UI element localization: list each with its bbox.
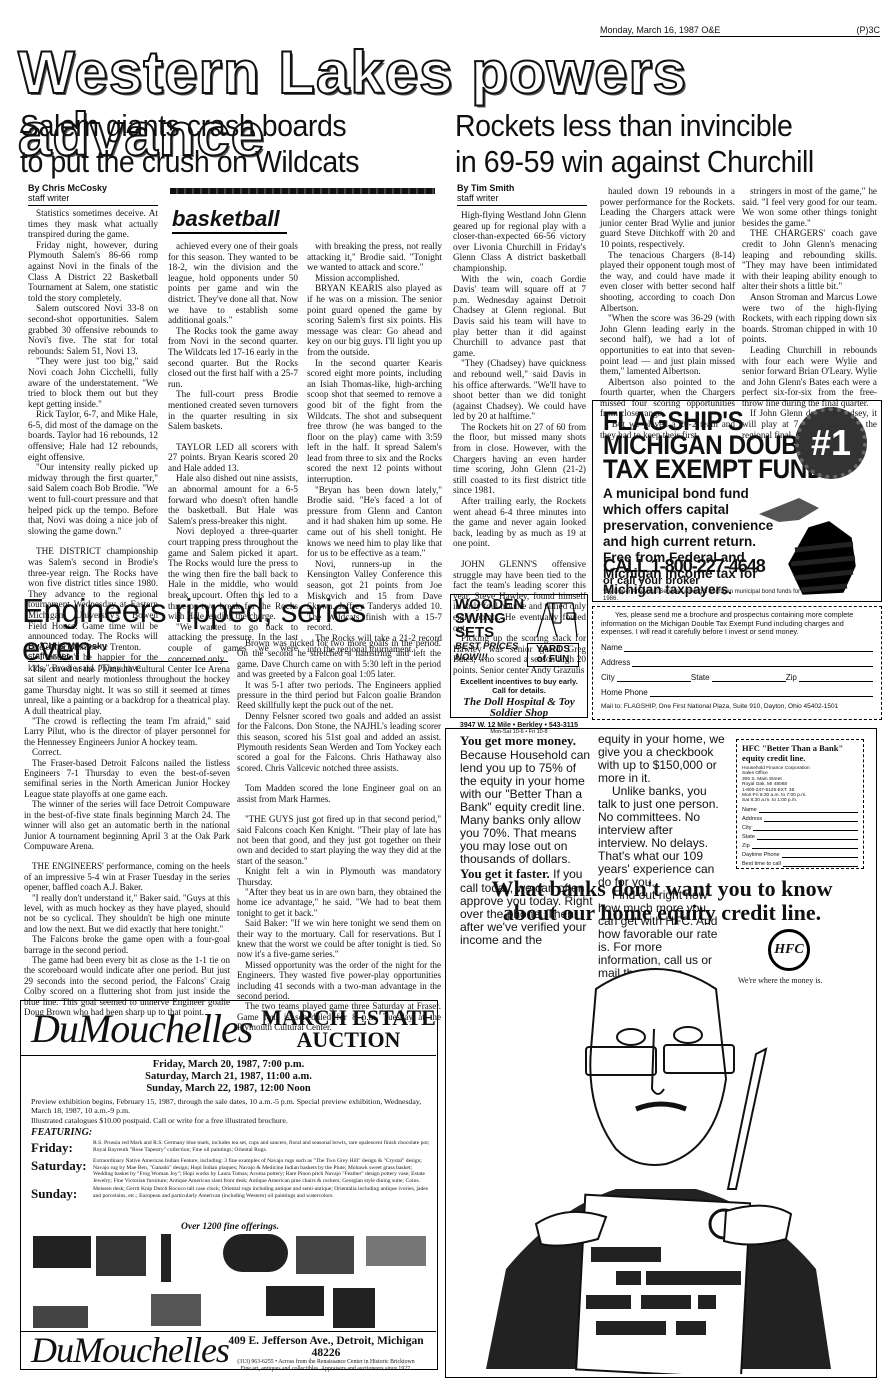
coupon-text: Yes, please send me a brochure and prosp… — [601, 611, 873, 637]
plates-photo-icon — [223, 1234, 288, 1272]
field-label: Best time to call — [742, 861, 781, 867]
hfc-coupon-title: HFC "Better Than a Bank" equity credit l… — [742, 744, 858, 763]
auction-address: 409 E. Jefferson Ave., Detroit, Michigan… — [216, 1335, 436, 1359]
office-info-line: Sat 8:30 a.m. to 1:00 p.m. — [742, 798, 858, 803]
auction-tagline: Fine art, antiques and collectibles. App… — [216, 1366, 436, 1373]
field-label: Address — [601, 658, 630, 667]
coupon-field[interactable]: State — [742, 834, 858, 840]
section-kicker: basketball — [172, 206, 287, 234]
paragraph: The Falcons broke the game open with a f… — [24, 934, 230, 955]
auction-contact: 409 E. Jefferson Ave., Detroit, Michigan… — [216, 1335, 436, 1373]
home-phone-field[interactable]: Home Phone — [601, 688, 873, 697]
auction-days: Friday:R.S. Prussia red Mark and R.S. Ge… — [31, 1140, 431, 1204]
day-features: Meissen desk; Gerrit Knip Dutch Rococo t… — [93, 1186, 431, 1202]
paragraph: The crowd at the Plymouth Cultural Cente… — [24, 664, 230, 716]
address-field[interactable]: Address — [601, 658, 873, 667]
field-label: City — [601, 673, 615, 682]
paragraph: "They were just too big," said Novi coac… — [28, 356, 158, 409]
landscape-photo-icon — [366, 1236, 426, 1266]
field-label: Daytime Phone — [742, 852, 780, 858]
auction-catalog: Illustrated catalogues $10.00 postpaid. … — [31, 1116, 431, 1125]
story1-headline-line1: Salem giants crash boards — [20, 108, 425, 144]
date-text: Monday, March 16, 1987 O&E — [600, 25, 720, 35]
auction-preview: Preview exhibition begins, February 15, … — [31, 1097, 431, 1115]
story3-column2: Brown was nicked for two more goals in t… — [237, 638, 441, 1033]
hfc-ad[interactable]: You get more money. Because Household ca… — [445, 728, 877, 1378]
paragraph: "THE GUYS just got fired up in that seco… — [237, 814, 441, 866]
byline-role: staff writer — [28, 193, 158, 203]
paragraph: Rick Taylor, 6-7, and Mike Hale, 6-5, di… — [28, 409, 158, 462]
divider — [28, 205, 158, 206]
paragraph: hauled down 19 rebounds in a power perfo… — [600, 186, 735, 250]
story2-headline: Rockets less than invincible in 69-59 wi… — [455, 108, 860, 180]
flagship-footnote: *By Lipper Analytical Services among 5 M… — [603, 589, 803, 603]
divider — [21, 1055, 436, 1056]
paragraph: with breaking the press, not really atta… — [307, 241, 442, 273]
auction-title-line1: MARCH ESTATE — [261, 1007, 436, 1029]
coupon-field[interactable]: Daytime Phone — [742, 852, 858, 858]
paragraph: The winner of the series will face Detro… — [24, 799, 230, 851]
paragraph: BRYAN KEARIS also played as if he was on… — [307, 283, 442, 357]
hfc-headline: What banks don't want you to know about … — [446, 877, 878, 925]
painting-photo-icon — [296, 1236, 354, 1274]
paragraph: Denny Felsner scored two goals and added… — [237, 711, 441, 773]
divider — [457, 205, 587, 206]
paragraph: Anson Stroman and Marcus Lowe were two o… — [742, 292, 877, 345]
paragraph: THE CHARGERS' coach gave credit to John … — [742, 228, 877, 292]
swing-body: Excellent incentives to buy early. Call … — [455, 677, 583, 695]
byline-role: staff writer — [457, 193, 587, 203]
hfc-heading1: You get more money. — [460, 733, 576, 748]
story3-column1: The crowd at the Plymouth Cultural Cente… — [24, 664, 230, 1017]
number-one-badge-icon: #1 — [795, 407, 867, 479]
auction-phone[interactable]: (313) 963-6255 • Across from the Renaiss… — [216, 1359, 436, 1366]
swing-title: WOODEN SWING SETS — [455, 598, 525, 640]
story2-headline-line1: Rockets less than invincible — [455, 108, 860, 144]
dumouchelles-logo: DuMouchelles — [31, 1005, 252, 1052]
coupon-field[interactable]: Address — [742, 816, 858, 822]
field-label: Name — [601, 643, 622, 652]
byline-name: By Tim Smith — [457, 183, 587, 193]
paragraph: With the win, coach Gordie Davis' team w… — [453, 274, 586, 359]
desk-photo-icon — [96, 1236, 146, 1276]
day-features: Extraordinary Native American Indian Fea… — [93, 1158, 431, 1184]
paragraph: "Bryan has been down lately," Brodie sai… — [307, 485, 442, 559]
flagship-fund-ad[interactable]: FLAGSHIP'S MICHIGAN DOUBLE TAX EXEMPT FU… — [592, 400, 882, 602]
seascape-photo-icon — [33, 1306, 88, 1328]
hfc-text3: equity in your home, we give you a check… — [598, 733, 726, 785]
paragraph: Brown was nicked for two more goals in t… — [237, 638, 441, 680]
flagship-phone[interactable]: CALL 1-800-227-4648 — [603, 556, 765, 577]
paragraph: The Rocks took the game away from Novi i… — [168, 326, 298, 390]
clock-photo-icon — [161, 1234, 171, 1282]
featuring-label: FEATURING: — [31, 1127, 92, 1138]
paragraph: The Rockets hit on 27 of 60 from the flo… — [453, 422, 586, 496]
dumouchelles-footer-logo: DuMouchelles — [31, 1329, 229, 1371]
man-cutting-credit-line-illustration-icon — [466, 949, 846, 1374]
paragraph: "Our intensity really picked up midway t… — [28, 462, 158, 536]
paragraph: The tenacious Chargers (8-14) played the… — [600, 250, 735, 314]
story1-headline: Salem giants crash boards to put the cru… — [20, 108, 425, 180]
paragraph: The full-court press Brodie mentioned cr… — [168, 389, 298, 431]
story2-byline: By Tim Smith staff writer — [457, 183, 587, 203]
auction-date-saturday: Saturday, March 21, 1987, 11:00 a.m. — [21, 1071, 436, 1083]
coupon-field[interactable]: Zip — [742, 843, 858, 849]
story1-byline: By Chris McCosky staff writer — [28, 183, 158, 203]
paragraph: Hale also dished out nine assists, an ab… — [168, 473, 298, 526]
paragraph: Knight felt a win in Plymouth was mandat… — [237, 866, 441, 887]
field-label: Address — [742, 816, 762, 822]
ivory-figure-photo-icon — [333, 1288, 375, 1328]
byline-role: staff writer — [28, 651, 158, 661]
day-features: R.S. Prussia red Mark and R.S. Germany b… — [93, 1140, 431, 1156]
byline-name: By Chris McCosky — [28, 183, 158, 193]
hfc-headline-line1: What banks don't want you to know — [446, 877, 878, 901]
paragraph: Statistics sometimes deceive. At times t… — [28, 208, 158, 240]
field-label: Zip — [786, 673, 797, 682]
paragraph: Said Baker: "If we win here tonight we s… — [237, 918, 441, 960]
paragraph: After trailing early, the Rockets went a… — [453, 496, 586, 549]
paragraph: "When the score was 36-29 (with John Gle… — [600, 313, 735, 377]
day-label: Saturday: — [31, 1158, 93, 1184]
coupon-field[interactable]: City — [742, 825, 858, 831]
swing-best-prices: BEST PRICES NOW!!! — [455, 641, 525, 663]
auction-date-friday: Friday, March 20, 1987, 7:00 p.m. — [21, 1059, 436, 1071]
field-label: Home Phone — [601, 688, 648, 697]
hfc-coupon[interactable]: HFC "Better Than a Bank" equity credit l… — [736, 739, 864, 869]
name-field[interactable]: Name — [601, 643, 873, 652]
flagship-coupon[interactable]: Yes, please send me a brochure and prosp… — [592, 606, 882, 720]
hfc-col2: equity in your home, we give you a check… — [598, 733, 726, 980]
coupon-field[interactable]: Name — [742, 807, 858, 813]
shop-name: The Doll Hospital & Toy Soldier Shop — [455, 697, 583, 719]
page-number: (P)3C — [856, 25, 880, 35]
paragraph: Leading Churchill in rebounds with four … — [742, 345, 877, 409]
basket-photo-icon — [266, 1286, 324, 1316]
coupon-field[interactable]: Best time to call — [742, 861, 858, 867]
paragraph: Correct. — [24, 747, 230, 757]
auction-day-row: Sunday:Meissen desk; Gerrit Knip Dutch R… — [31, 1186, 431, 1202]
mail-to-address: Mail to: FLAGSHIP, One First National Pl… — [601, 702, 873, 711]
paragraph: THE ENGINEERS' performance, coming on th… — [24, 861, 230, 892]
paragraph: stringers in most of the game," he said.… — [742, 186, 877, 228]
paragraph: Friday night, however, during Plymouth S… — [28, 240, 158, 304]
paragraph: Salem outscored Novi 33-8 on second-shot… — [28, 303, 158, 356]
hfc-text1: Because Household can lend you up to 75%… — [460, 748, 590, 866]
auction-day-row: Friday:R.S. Prussia red Mark and R.S. Ge… — [31, 1140, 431, 1156]
field-label: Name — [742, 807, 757, 813]
paragraph: achieved every one of their goals for th… — [168, 241, 298, 326]
day-label: Friday: — [31, 1140, 93, 1156]
swing-set-icon — [533, 599, 581, 639]
flagship-broker: or call your broker — [603, 575, 700, 587]
paragraph: In the second quarter Kearis scored eigh… — [307, 358, 442, 485]
jewelry-photo-icon — [33, 1236, 91, 1268]
paragraph: TAYLOR LED all scorers with 27 points. B… — [168, 442, 298, 474]
dateline: Monday, March 16, 1987 O&E (P)3C — [600, 25, 880, 37]
field-label: State — [742, 834, 755, 840]
flagship-title-line3: TAX EXEMPT FUND — [603, 457, 828, 481]
hfc-headline-line2: about our home equity credit line. — [446, 901, 878, 925]
paragraph: It was 5-1 after two periods. The Engine… — [237, 680, 441, 711]
auction-dates: Friday, March 20, 1987, 7:00 p.m. Saturd… — [21, 1059, 436, 1095]
auction-day-row: Saturday:Extraordinary Native American I… — [31, 1158, 431, 1184]
divider — [28, 661, 228, 662]
paragraph: High-flying Westland John Glenn geared u… — [453, 210, 586, 274]
hfc-coupon-fields[interactable]: NameAddressCityStateZipDaytime PhoneBest… — [742, 807, 858, 867]
city-state-zip-field[interactable]: CityStateZip — [601, 673, 873, 682]
section-bar — [170, 188, 435, 194]
auction-date-sunday: Sunday, March 22, 1987, 12:00 Noon — [21, 1083, 436, 1095]
paragraph: Tom Madden scored the lone Engineer goal… — [237, 783, 441, 804]
field-label: Zip — [742, 843, 750, 849]
field-label: State — [691, 673, 710, 682]
paragraph: "I really don't understand it," Baker sa… — [24, 893, 230, 935]
hfc-office-info: Household Finance CorporationSales Offic… — [742, 766, 858, 804]
paragraph: The Fraser-based Detroit Falcons nailed … — [24, 758, 230, 800]
yards-of-fun-logo: YARDS of FUN — [527, 643, 579, 667]
swing-set-ad[interactable]: WOODEN SWING SETS BEST PRICES NOW!!! YAR… — [450, 594, 588, 718]
hfc-text4: Unlike banks, you talk to just one perso… — [598, 785, 726, 889]
auction-title-line2: AUCTION — [261, 1029, 436, 1051]
offerings-count: Over 1200 fine offerings. — [181, 1222, 279, 1232]
paragraph: "After they beat us in are own barn, the… — [237, 887, 441, 918]
story3-byline: By Chris McCosky staff writer — [28, 641, 158, 661]
paragraph: Missed opportunity was the order of the … — [237, 960, 441, 1002]
paragraph: Mission accomplished. — [307, 273, 442, 284]
oil-painting-photo-icon — [151, 1294, 201, 1326]
auction-photo-gallery — [21, 1234, 436, 1329]
auction-title: MARCH ESTATE AUCTION — [261, 1007, 436, 1051]
paragraph: "They (Chadsey) have quickness and rebou… — [453, 358, 586, 422]
dumouchelles-auction-ad[interactable]: DuMouchelles MARCH ESTATE AUCTION Friday… — [20, 1000, 438, 1370]
paragraph: "The crowd is reflecting the team I'm af… — [24, 716, 230, 747]
byline-name: By Chris McCosky — [28, 641, 158, 651]
day-label: Sunday: — [31, 1186, 93, 1202]
story2-headline-line2: in 69-59 win against Churchill — [455, 144, 860, 180]
field-label: City — [742, 825, 751, 831]
story1-headline-line2: to put the crush on Wildcats — [20, 144, 425, 180]
